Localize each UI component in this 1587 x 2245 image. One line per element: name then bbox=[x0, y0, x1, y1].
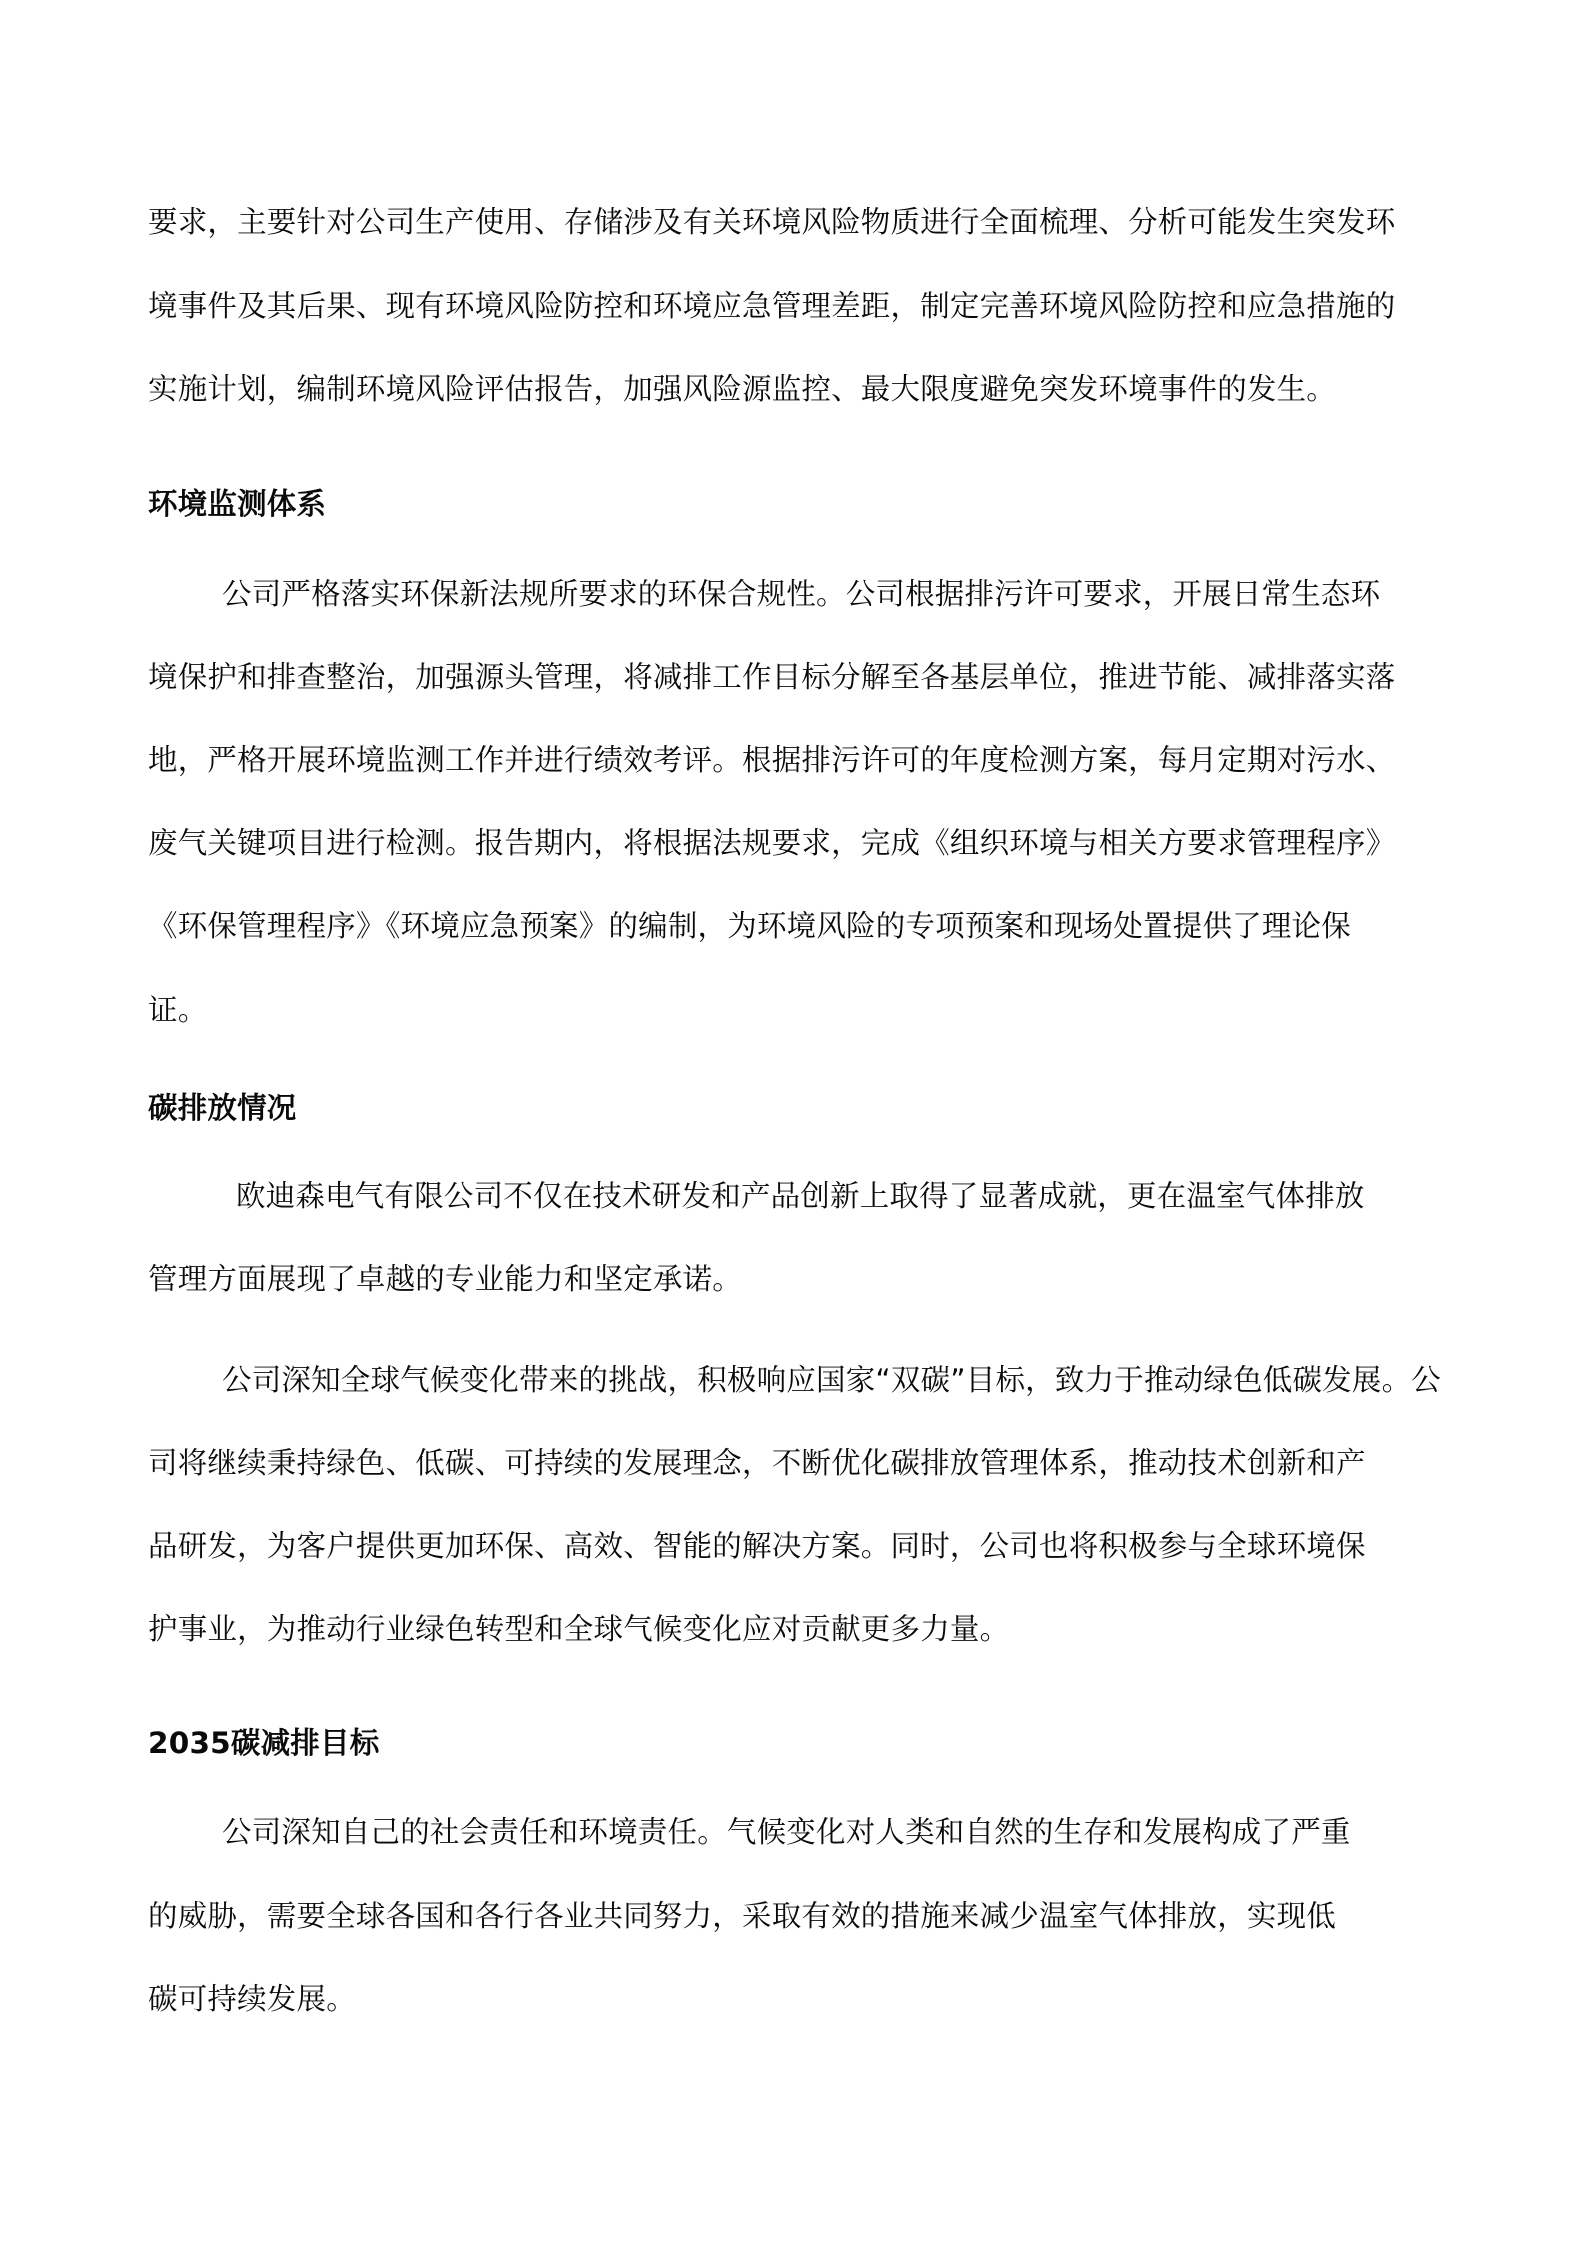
paragraph-line: 公司深知自己的社会责任和环境责任。气候变化对人类和自然的生存和发展构成了严重 bbox=[222, 1812, 1351, 1852]
paragraph-line: 管理方面展现了卓越的专业能力和坚定承诺。 bbox=[148, 1259, 742, 1299]
paragraph-line: 实施计划，编制环境风险评估报告，加强风险源监控、最大限度避免突发环境事件的发生。 bbox=[148, 369, 1336, 409]
paragraph-line: 护事业，为推动行业绿色转型和全球气候变化应对贡献更多力量。 bbox=[148, 1609, 1009, 1649]
section-heading: 环境监测体系 bbox=[148, 484, 326, 524]
paragraph-line: 公司严格落实环保新法规所要求的环保合规性。公司根据排污许可要求，开展日常生态环 bbox=[222, 574, 1380, 614]
paragraph-line: 废气关键项目进行检测。报告期内，将根据法规要求，完成《组织环境与相关方要求管理程… bbox=[148, 823, 1395, 863]
paragraph-line: 碳可持续发展。 bbox=[148, 1979, 356, 2019]
paragraph-line: 公司深知全球气候变化带来的挑战，积极响应国家“双碳”目标，致力于推动绿色低碳发展… bbox=[222, 1360, 1441, 1400]
paragraph-line: 境事件及其后果、现有环境风险防控和环境应急管理差距，制定完善环境风险防控和应急措… bbox=[148, 286, 1395, 326]
paragraph-line: 的威胁，需要全球各国和各行各业共同努力，采取有效的措施来减少温室气体排放，实现低 bbox=[148, 1896, 1336, 1936]
paragraph-line: 地，严格开展环境监测工作并进行绩效考评。根据排污许可的年度检测方案，每月定期对污… bbox=[148, 740, 1395, 780]
paragraph-line: 品研发，为客户提供更加环保、高效、智能的解决方案。同时，公司也将积极参与全球环境… bbox=[148, 1526, 1366, 1566]
paragraph-line: 证。 bbox=[148, 990, 207, 1030]
section-heading: 2035碳减排目标 bbox=[148, 1723, 379, 1763]
paragraph-line: 境保护和排查整治，加强源头管理，将减排工作目标分解至各基层单位，推进节能、减排落… bbox=[148, 657, 1395, 697]
paragraph-line: 欧迪森电气有限公司不仅在技术研发和产品创新上取得了显著成就，更在温室气体排放 bbox=[236, 1176, 1365, 1216]
paragraph-line: 司将继续秉持绿色、低碳、可持续的发展理念，不断优化碳排放管理体系，推动技术创新和… bbox=[148, 1443, 1366, 1483]
section-heading: 碳排放情况 bbox=[148, 1088, 297, 1128]
paragraph-line: 《环保管理程序》《环境应急预案》的编制，为环境风险的专项预案和现场处置提供了理论… bbox=[148, 906, 1351, 946]
paragraph-line: 要求，主要针对公司生产使用、存储涉及有关环境风险物质进行全面梳理、分析可能发生突… bbox=[148, 202, 1395, 242]
